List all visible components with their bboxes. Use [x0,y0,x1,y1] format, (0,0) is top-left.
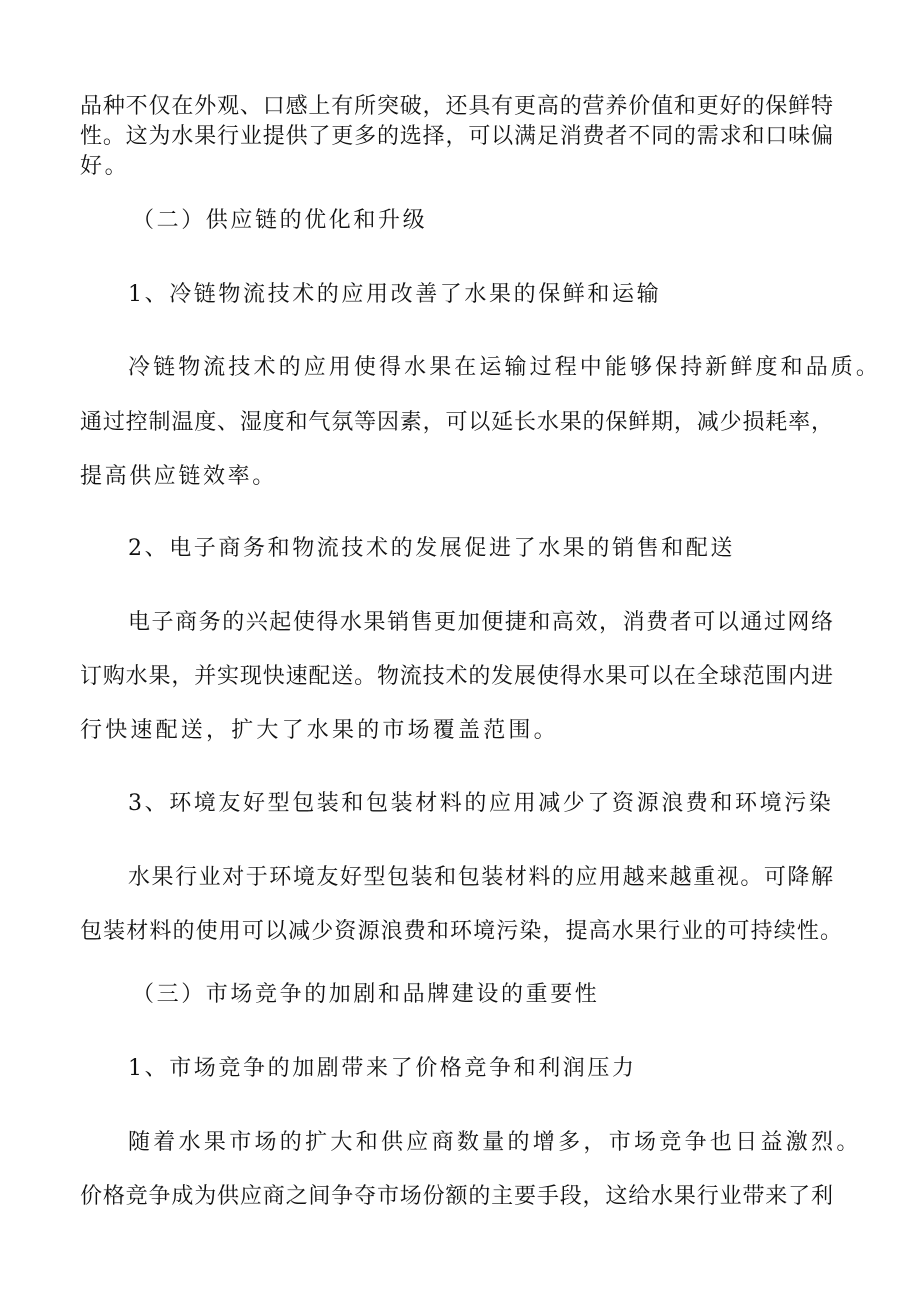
subheading-price-competition: 1、市场竞争的加剧带来了价格竞争和利润压力 [128,1056,888,1082]
text-line: 好。 [80,154,840,180]
section-heading-market-competition: （三）市场竞争的加剧和品牌建设的重要性 [132,982,892,1008]
text-line: 性。这为水果行业提供了更多的选择，可以满足消费者不同的需求和口味偏 [80,124,833,150]
text-line: 价格竞争成为供应商之间争夺市场份额的主要手段，这给水果行业带来了利 [80,1184,833,1210]
text-line: 冷链物流技术的应用使得水果在运输过程中能够保持新鲜度和品质。 [128,355,888,381]
text-line: 包装材料的使用可以减少资源浪费和环境污染，提高水果行业的可持续性。 [80,919,842,945]
subheading-cold-chain: 1、冷链物流技术的应用改善了水果的保鲜和运输 [128,282,888,308]
text-line: 水果行业对于环境友好型包装和包装材料的应用越来越重视。可降解 [128,865,833,891]
subheading-ecommerce: 2、电子商务和物流技术的发展促进了水果的销售和配送 [128,536,888,562]
subheading-eco-packaging: 3、环境友好型包装和包装材料的应用减少了资源浪费和环境污染 [128,791,888,817]
text-line: 订购水果，并实现快速配送。物流技术的发展使得水果可以在全球范围内进 [80,664,833,690]
section-heading-supply-chain: （二）供应链的优化和升级 [132,208,892,234]
text-line: 通过控制温度、湿度和气氛等因素，可以延长水果的保鲜期，减少损耗率， [80,410,833,436]
text-line: 提高供应链效率。 [80,464,840,490]
document-page: 品种不仅在外观、口感上有所突破，还具有更高的营养价值和更好的保鲜特 性。这为水果… [0,0,920,1301]
text-line: 电子商务的兴起使得水果销售更加便捷和高效，消费者可以通过网络 [128,610,833,636]
text-line: 随着水果市场的扩大和供应商数量的增多，市场竞争也日益激烈。 [128,1130,888,1156]
text-line: 行快速配送，扩大了水果的市场覆盖范围。 [80,718,840,744]
text-line: 品种不仅在外观、口感上有所突破，还具有更高的营养价值和更好的保鲜特 [80,94,833,120]
